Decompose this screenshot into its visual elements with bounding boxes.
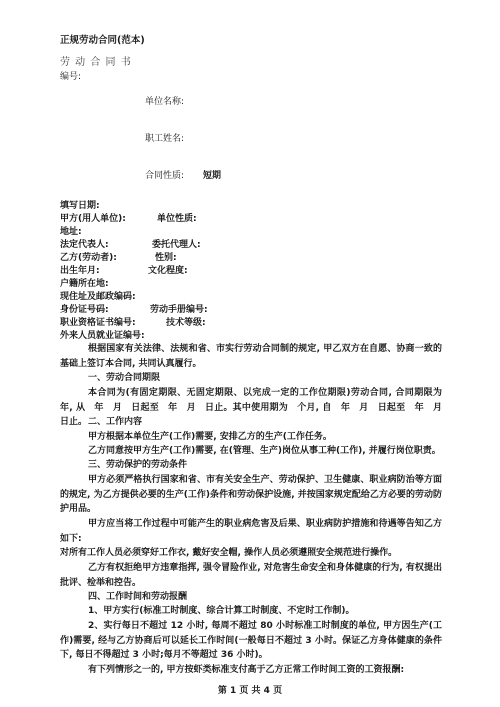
section-3-paragraph-2: 甲方应当将工作过程中可能产生的职业病危害及后果、职业病防护措施和待遇等告知乙方如… [60, 517, 442, 546]
party-b-label: 乙方(劳动者): [60, 253, 117, 264]
entrusted-agent-label: 委托代理人: [152, 240, 201, 251]
intro-paragraph: 根据国家有关法律、法规和省、市实行劳动合同制的规定, 甲乙双方在自愿、协商一致的… [60, 342, 442, 371]
section-1-title: 一、劳动合同期限 [60, 371, 442, 386]
tech-level-label: 技术等级: [166, 318, 206, 329]
education-label: 文化程度: [148, 266, 188, 277]
section-3-paragraph-1: 甲方必须严格执行国家和省、市有关安全生产、劳动保护、卫生健康、职业病防治等方面的… [60, 473, 442, 517]
legal-rep-label: 法定代表人: [60, 240, 109, 251]
document-subtitle: 劳 动 合 同 书 [60, 57, 132, 68]
fill-date-label: 填写日期: [60, 201, 100, 212]
section-4-paragraph-2: 2、实行每日不超过 12 小时, 每周不超过 80 小时标准工时制度的单位, 甲… [60, 619, 442, 663]
id-number-label: 身份证号码: [60, 305, 109, 316]
current-address-label: 现住址及邮政编码: [60, 292, 136, 303]
party-a-label: 甲方(用人单位): [60, 214, 126, 225]
unit-name-label: 单位名称: [145, 97, 184, 108]
section-3-paragraph-3: 对所有工作人员必须穿好工作衣, 戴好安全帽, 操作人员必须遵照安全规范进行操作。 [60, 546, 442, 561]
section-4-title: 四、工作时间和劳动报酬 [60, 590, 442, 605]
document-page: 正规劳动合同(范本) 劳 动 合 同 书 编号: 单位名称: 职工姓名: 合同性… [0, 0, 500, 707]
address-label: 地址: [60, 227, 82, 238]
section-2-paragraph-1: 甲方根据本单位生产(工作)需要, 安排乙方的生产(工作任务。 [60, 430, 442, 445]
birth-label: 出生年月: [60, 266, 100, 277]
section-4-paragraph-3: 有下列情形之一的, 甲方按虾类标准支付高于乙方正常工作时间工资的工资报酬: [60, 663, 442, 678]
section-3-paragraph-4: 乙方有权拒绝甲方违章指挥, 强令冒险作业, 对危害生命安全和身体健康的行为, 有… [60, 561, 442, 590]
section-4-paragraph-1: 1、甲方实行(标准工时制度、综合计算工时制度、不定时工作制)。 [60, 604, 442, 619]
number-label: 编号: [60, 72, 81, 83]
qualification-cert-label: 职业资格证书编号: [60, 318, 136, 329]
contract-nature-value: 短期 [203, 171, 221, 182]
migrant-cert-label: 外来人员就业证编号: [60, 331, 145, 342]
section-2-title: 二、工作内容 [60, 415, 442, 430]
hukou-label: 户籍所在地: [60, 279, 109, 290]
document-title: 正规劳动合同(范本) [60, 35, 145, 46]
section-2-paragraph-2: 乙方同意按甲方生产(工作)需要, 在(管理、生产)岗位从事工种(工作), 并履行… [60, 444, 442, 459]
page-footer: 第 1 页 共 4 页 [0, 683, 500, 696]
employee-name-label: 职工姓名: [145, 134, 184, 145]
contract-nature-label: 合同性质: [145, 171, 184, 182]
section-3-title: 三、劳动保护的劳动条件 [60, 458, 442, 473]
gender-label: 性别: [155, 253, 177, 264]
labor-handbook-label: 劳动手册编号: [150, 305, 208, 316]
unit-nature-label: 单位性质: [157, 214, 197, 225]
